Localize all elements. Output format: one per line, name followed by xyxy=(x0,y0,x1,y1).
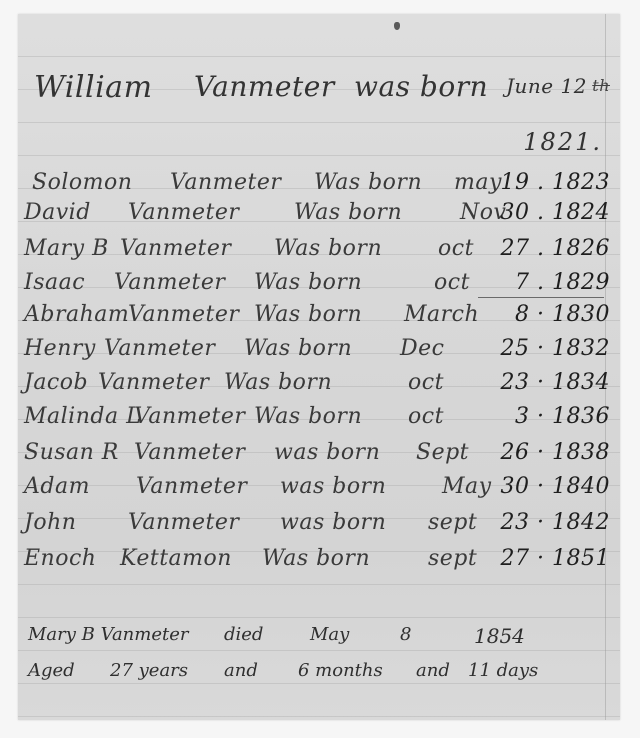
entry-date: 8 · 1830 xyxy=(515,302,610,327)
entry-month: oct xyxy=(408,370,444,395)
entry-verb: Was born xyxy=(254,404,362,429)
entry-surname: Vanmeter xyxy=(120,236,231,261)
entry-date: 26 · 1838 xyxy=(501,440,610,465)
age-line: Aged 27 years and 6 months and 11 days xyxy=(28,660,548,686)
entry-verb: Was born xyxy=(224,370,332,395)
entry-date: 30 · 1840 xyxy=(501,474,610,499)
entry-name: Abraham xyxy=(24,302,129,327)
entry-name: Malinda L xyxy=(24,404,141,429)
birth-entry: Jacob Vanmeter Was born oct 23 · 1834 xyxy=(24,370,610,400)
entry-name: Enoch xyxy=(24,546,96,571)
date-underline xyxy=(478,297,604,298)
entry-verb: Was born xyxy=(294,200,402,225)
entry-date: 27 · 1851 xyxy=(501,546,610,571)
age-label: Aged xyxy=(28,660,75,681)
margin-rule xyxy=(605,14,606,720)
entry-date: 30 . 1824 xyxy=(501,200,610,225)
entry-surname: Vanmeter xyxy=(136,474,247,499)
entry-date: 3 · 1836 xyxy=(515,404,610,429)
entry-month: sept xyxy=(428,546,477,571)
entry-name: Adam xyxy=(24,474,90,499)
birth-entry: Mary B Vanmeter Was born oct 27 . 1826 xyxy=(24,236,610,266)
entry-surname: Vanmeter xyxy=(170,170,281,195)
death-line: Mary B Vanmeter died May 8 1854 xyxy=(28,624,548,650)
death-verb: died xyxy=(224,624,263,645)
entry-month: oct xyxy=(434,270,470,295)
entry-verb: Was born xyxy=(262,546,370,571)
entry-date: 7 . 1829 xyxy=(515,270,610,295)
death-name: Mary B Vanmeter xyxy=(28,624,189,645)
entry-surname: Vanmeter xyxy=(134,440,245,465)
birth-entry: Malinda L Vanmeter Was born oct 3 · 1836 xyxy=(24,404,610,434)
entry-name: John xyxy=(24,510,76,535)
entry-date: 19 . 1823 xyxy=(501,170,610,195)
entry-name: Susan R xyxy=(24,440,119,465)
header-entry: William Vanmeter was born June 12 th xyxy=(24,70,610,100)
entry-date: 27 . 1826 xyxy=(501,236,610,261)
entry-month: Dec xyxy=(400,336,444,361)
header-verb: was born xyxy=(354,70,488,103)
entry-surname: Vanmeter xyxy=(134,404,245,429)
entry-verb: Was born xyxy=(274,236,382,261)
birth-entry: Solomon Vanmeter Was born may 19 . 1823 xyxy=(24,170,610,200)
entry-name: Solomon xyxy=(32,170,132,195)
entry-surname: Vanmeter xyxy=(128,510,239,535)
ledger-page xyxy=(18,14,620,720)
entry-month: sept xyxy=(428,510,477,535)
entry-surname: Kettamon xyxy=(120,546,232,571)
death-year: 1854 xyxy=(474,624,525,648)
age-and-2: and xyxy=(416,660,450,681)
birth-entry: Susan R Vanmeter was born Sept 26 · 1838 xyxy=(24,440,610,470)
entry-month: oct xyxy=(408,404,444,429)
entry-verb: Was born xyxy=(254,302,362,327)
entry-surname: Vanmeter xyxy=(114,270,225,295)
entry-name: Mary B xyxy=(24,236,109,261)
birth-entry: Enoch Kettamon Was born sept 27 · 1851 xyxy=(24,546,610,576)
death-month: May xyxy=(310,624,349,645)
death-day: 8 xyxy=(400,624,411,645)
birth-entry: David Vanmeter Was born Nov 30 . 1824 xyxy=(24,200,610,230)
entry-date: 23 · 1842 xyxy=(501,510,610,535)
birth-entry: John Vanmeter was born sept 23 · 1842 xyxy=(24,510,610,540)
ink-blot xyxy=(394,22,400,30)
entry-month: Nov xyxy=(460,200,506,225)
header-year: 1821. xyxy=(523,128,602,156)
entry-month: March xyxy=(404,302,479,327)
age-and-1: and xyxy=(224,660,258,681)
birth-entry: Henry Vanmeter Was born Dec 25 · 1832 xyxy=(24,336,610,366)
header-month-day: June 12 xyxy=(506,74,587,98)
birth-entry: Adam Vanmeter was born May 30 · 1840 xyxy=(24,474,610,504)
entry-verb: was born xyxy=(280,474,386,499)
entry-surname: Vanmeter xyxy=(128,302,239,327)
entry-month: oct xyxy=(438,236,474,261)
entry-verb: Was born xyxy=(244,336,352,361)
entry-month: may xyxy=(454,170,502,195)
header-surname: Vanmeter xyxy=(194,70,335,103)
entry-surname: Vanmeter xyxy=(128,200,239,225)
age-days: 11 days xyxy=(468,660,538,681)
birth-entry: Abraham Vanmeter Was born March 8 · 1830 xyxy=(24,302,610,332)
entry-verb: was born xyxy=(274,440,380,465)
header-first-name: William xyxy=(34,70,153,105)
entry-surname: Vanmeter xyxy=(104,336,215,361)
entry-name: Jacob xyxy=(24,370,88,395)
entry-name: David xyxy=(24,200,91,225)
entry-verb: was born xyxy=(280,510,386,535)
entry-month: Sept xyxy=(416,440,469,465)
entry-date: 23 · 1834 xyxy=(501,370,610,395)
entry-verb: Was born xyxy=(314,170,422,195)
entry-date: 25 · 1832 xyxy=(501,336,610,361)
header-crossed-out: th xyxy=(592,76,610,95)
entry-name: Henry xyxy=(24,336,96,361)
age-months: 6 months xyxy=(298,660,383,681)
entry-surname: Vanmeter xyxy=(98,370,209,395)
age-years: 27 years xyxy=(110,660,188,681)
entry-month: May xyxy=(442,474,492,499)
entry-name: Isaac xyxy=(24,270,85,295)
birth-entry: Isaac Vanmeter Was born oct 7 . 1829 xyxy=(24,270,610,300)
entry-verb: Was born xyxy=(254,270,362,295)
